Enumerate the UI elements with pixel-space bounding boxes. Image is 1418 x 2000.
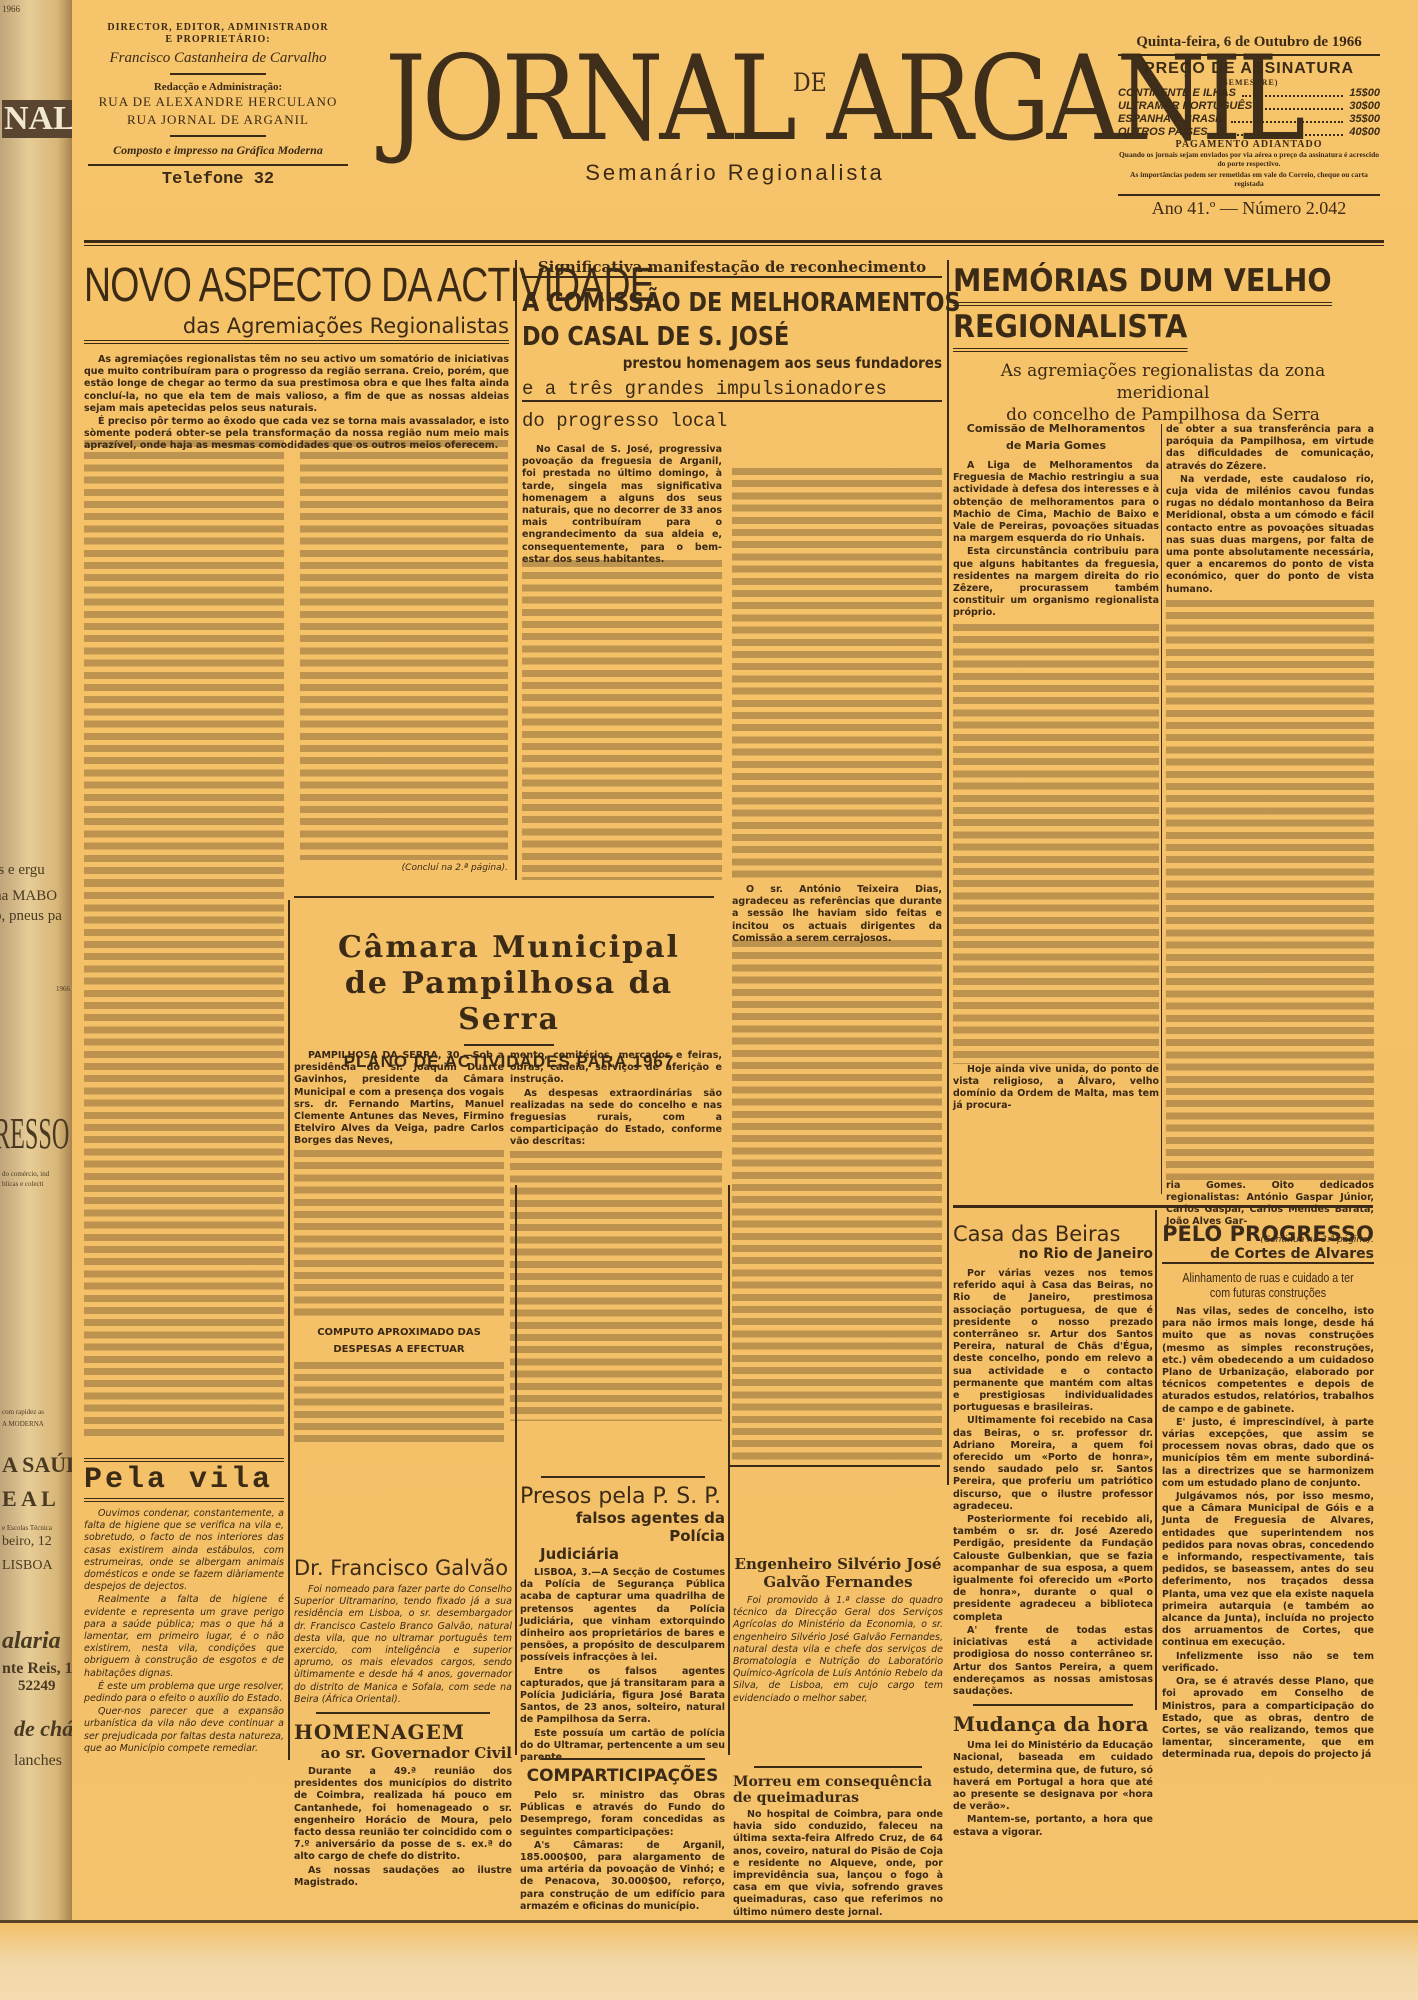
paragraph: As despesas extraordinárias são realizad…	[510, 1088, 722, 1149]
article-galvao: Dr. Francisco Galvão Foi nomeado para fa…	[294, 1556, 512, 1890]
binding-fragment: ma MABO	[0, 888, 57, 905]
price-region: OUTROS PAÍSES	[1118, 126, 1208, 139]
binding-fragment: 52249	[18, 1678, 56, 1695]
deck: do progresso local	[522, 410, 942, 432]
article-pelo-progresso: PELO PROGRESSO de Cortes de Alvares Alin…	[1162, 1222, 1374, 1763]
shipping-note: Quando os jornais sejam enviados por via…	[1118, 150, 1380, 168]
paragraph: As agremiações regionalistas têm no seu …	[84, 354, 509, 415]
paragraph: As nossas saudações ao ilustre Magistrad…	[294, 1865, 512, 1889]
headline: PELO PROGRESSO	[1162, 1222, 1374, 1246]
headline: HOMENAGEM	[294, 1720, 512, 1744]
binding-fragment: 1966	[56, 985, 70, 993]
price-value: 15$00	[1349, 87, 1380, 100]
article-comparticipacoes: COMPARTICIPAÇÕES Pelo sr. ministro das O…	[520, 1752, 725, 1914]
price-row: ESPANHA E BRASIL35$00	[1118, 113, 1380, 126]
paragraph: Quer-nos parecer que a expansão urbaníst…	[84, 1706, 284, 1755]
article-novo-aspecto-col1b	[84, 880, 284, 1440]
article-casa-beiras: Casa das Beiras no Rio de Janeiro Por vá…	[953, 1222, 1153, 1840]
divider	[541, 1476, 705, 1478]
paragraph: A' frente de todas estas iniciativas est…	[953, 1625, 1153, 1698]
remittance-note: As importâncias podem ser remetidas em v…	[1118, 170, 1380, 188]
paragraph: É este um problema que urge resolver, pe…	[84, 1681, 284, 1705]
subheadline: no Rio de Janeiro	[953, 1246, 1153, 1262]
price-region: ULTRAMAR PORTUGUÊS	[1118, 100, 1252, 113]
article-engenheiro: Engenheiro Silvério José Galvão Fernande…	[733, 1555, 943, 1706]
subheadline: de Cortes de Alvares	[1162, 1246, 1374, 1264]
paragraph: Durante a 49.ª reunião dos presidentes d…	[294, 1766, 512, 1864]
paragraph: E' justo, é imprescindível, à parte vári…	[1162, 1417, 1374, 1490]
volume-year: Ano 41.º	[1152, 198, 1216, 218]
article-novo-aspecto-col1	[84, 440, 284, 880]
article-body: de obter a sua transferência para a paró…	[1166, 424, 1374, 596]
headline: Morreu em consequência	[733, 1774, 943, 1790]
paragraph: Foi promovido à 1.ª classe do quadro téc…	[733, 1595, 943, 1705]
price-region: ESPANHA E BRASIL	[1118, 113, 1225, 126]
binding-fragment: alaria	[2, 1628, 61, 1655]
paragraph: Uma lei do Ministério da Educação Nacion…	[953, 1740, 1153, 1813]
subscription-title: PREÇO DE ASSINATURA	[1118, 60, 1380, 78]
address-line: RUA JORNAL DE ARGANIL	[88, 111, 348, 129]
paragraph: Entre os falsos agentes capturados, que …	[520, 1666, 725, 1727]
article-body: As agremiações regionalistas têm no seu …	[84, 354, 509, 453]
paragraph: Esta circunstância contribuiu para que a…	[953, 546, 1159, 619]
price-row: CONTINENTE E ILHAS15$00	[1118, 87, 1380, 100]
article-body: No hospital de Coimbra, para onde havia …	[733, 1809, 943, 1919]
article-comissao-col2b	[732, 940, 942, 1460]
divider	[541, 1758, 705, 1760]
divider	[170, 73, 266, 75]
title-word: JORNAL	[385, 31, 793, 168]
paragraph: Pelo sr. ministro das Obras Públicas e a…	[520, 1790, 725, 1839]
column-rule	[1155, 1210, 1157, 1710]
headline: DO CASAL DE S. JOSÉ	[522, 320, 883, 354]
article-body-end: Hoje ainda vive unida, do ponto de vista…	[953, 1064, 1159, 1113]
article-body: Pelo sr. ministro das Obras Públicas e a…	[520, 1790, 725, 1913]
binding-fragment: do comércio, ind	[2, 1170, 49, 1178]
section-rule	[953, 1205, 1373, 1208]
subheadline: das Agremiações Regionalistas	[84, 314, 509, 344]
newspaper-title: JORNALDEARGANIL	[385, 21, 1085, 164]
binding-fragment: RESSO	[0, 1108, 69, 1159]
article-comissao-col1	[522, 560, 722, 880]
newspaper-nameplate: JORNALDEARGANIL Semanário Regionalista	[385, 30, 1085, 186]
divider	[464, 1044, 554, 1046]
headline: Câmara Municipal	[294, 930, 724, 966]
deck: e a três grandes impulsionadores	[522, 378, 942, 402]
article-novo-aspecto: NOVO ASPECTO DA ACTIVIDADE das Agremiaçõ…	[84, 258, 509, 454]
phone-number: Telefone 32	[88, 164, 348, 189]
article-pela-vila: Pela vila Ouvimos condenar, constantemen…	[84, 1458, 284, 1756]
paragraph: de obter a sua transferência para a paró…	[1166, 424, 1374, 473]
headline: Dr. Francisco Galvão	[294, 1556, 512, 1580]
subheadline: falsos agentes da Polícia	[520, 1509, 725, 1545]
article-novo-aspecto-col2	[300, 440, 508, 860]
column-rule	[728, 1185, 730, 1755]
subheadline: Judiciária	[520, 1545, 725, 1563]
issue-no: Número 2.042	[1242, 198, 1346, 218]
binding-fragment: ntes e ergu	[0, 862, 45, 879]
article-body: Durante a 49.ª reunião dos presidentes d…	[294, 1766, 512, 1889]
staff-label: E PROPRIETÁRIO:	[88, 34, 348, 46]
article-body: Ouvimos condenar, constantemente, a falt…	[84, 1508, 284, 1755]
article-presos: Presos pela P. S. P. falsos agentes da P…	[520, 1470, 725, 1765]
paragraph: Nas vilas, sedes de concelho, isto para …	[1162, 1306, 1374, 1416]
article-body: Uma lei do Ministério da Educação Nacion…	[953, 1740, 1153, 1839]
binding-fragment: A MODERNA	[2, 1420, 44, 1428]
price-value: 40$00	[1349, 126, 1380, 139]
paragraph: Julgávamos nós, por isso mesmo, que a Câ…	[1162, 1491, 1374, 1650]
paragraph: Hoje ainda vive unida, do ponto de vista…	[953, 1064, 1159, 1113]
masthead-subscription-box: Quinta-feira, 6 de Outubro de 1966 PREÇO…	[1118, 34, 1380, 219]
divider	[754, 1766, 922, 1768]
headline: de Pampilhosa da Serra	[294, 966, 724, 1038]
binding-fragment: e Escolas Técnica	[2, 1524, 52, 1532]
paragraph: LISBOA, 3.—A Secção de Costumes da Políc…	[520, 1567, 725, 1665]
binding-fragment: E A L	[2, 1486, 56, 1512]
article-body: A Liga de Melhoramentos da Freguesia de …	[953, 460, 1159, 620]
column-rule	[947, 260, 949, 1485]
paragraph: Foi nomeado para fazer parte do Conselho…	[294, 1584, 512, 1706]
printer-credit: Composto e impresso na Gráfica Moderna	[88, 143, 348, 158]
subheadline: As agremiações regionalistas da zona mer…	[953, 360, 1373, 404]
article-body: Nas vilas, sedes de concelho, isto para …	[1162, 1306, 1374, 1762]
headline: Casa das Beiras	[953, 1222, 1153, 1246]
binding-fragment: com rapidez as	[2, 1408, 44, 1416]
column-rule	[515, 260, 517, 880]
section-heading: Comissão de Melhoramentos	[953, 420, 1159, 437]
paragraph: Infelizmente isso não se tem verificado.	[1162, 1651, 1374, 1675]
payment-terms: PAGAMENTO ADIANTADO	[1118, 139, 1380, 150]
binding-fragment: o, pneus pa	[0, 908, 62, 925]
masthead-staff-box: DIRECTOR, EDITOR, ADMINISTRADOR E PROPRI…	[88, 22, 348, 189]
address-label: Redacção e Administração:	[88, 81, 348, 93]
article-camara-col2: mento, cemitérios, mercados e feiras, ob…	[510, 1050, 722, 1421]
price-value: 35$00	[1349, 113, 1380, 126]
headline: COMPARTICIPAÇÕES	[520, 1766, 725, 1786]
binding-fragment: LISBOA	[2, 1558, 53, 1574]
divider	[973, 1704, 1133, 1706]
paragraph: Ouvimos condenar, constantemente, a falt…	[84, 1508, 284, 1593]
article-memorias-col1: Comissão de Melhoramentos de Maria Gomes…	[953, 420, 1159, 1113]
article-body: Foi nomeado para fazer parte do Conselho…	[294, 1584, 512, 1706]
masthead-rule	[84, 240, 1384, 243]
binding-fragment: NAL	[2, 100, 72, 138]
section-rule	[294, 896, 714, 898]
binding-fragment: de chá	[14, 1716, 72, 1742]
binding-fragment: 1966	[2, 4, 20, 14]
paragraph: No hospital de Coimbra, para onde havia …	[733, 1809, 943, 1919]
paragraph: No Casal de S. José, progressiva povoaçã…	[522, 444, 722, 566]
article-body: No Casal de S. José, progressiva povoaçã…	[522, 444, 722, 566]
separator: —	[1220, 198, 1238, 218]
headline: MEMÓRIAS DUM VELHO	[953, 260, 1332, 306]
price-region: CONTINENTE E ILHAS	[1118, 87, 1236, 100]
subscription-period: (SEMESTRE)	[1118, 78, 1380, 87]
binding-fragment: lanches	[14, 1752, 62, 1770]
paragraph: Ultimamente foi recebido na Casa das Bei…	[953, 1415, 1153, 1513]
binding-fragment: beiro, 12	[2, 1534, 52, 1550]
paragraph: Posteriormente foi recebido ali, também …	[953, 1514, 1153, 1624]
article-body: Foi promovido à 1.ª classe do quadro téc…	[733, 1595, 943, 1705]
subheadline: prestou homenagem aos seus fundadores	[564, 354, 942, 372]
headline: Engenheiro Silvério José	[733, 1555, 943, 1573]
article-memorias: MEMÓRIAS DUM VELHO REGIONALISTA As agrem…	[953, 260, 1373, 426]
article-body: Por várias vezes nos temos referido aqui…	[953, 1268, 1153, 1698]
article-comissao-col2	[732, 468, 942, 878]
issue-date: Quinta-feira, 6 de Outubro de 1966	[1118, 34, 1380, 56]
headline: de queimaduras	[733, 1790, 943, 1806]
owner-name: Francisco Castanheira de Carvalho	[88, 50, 348, 67]
paragraph: Realmente a falta de higiene é evidente …	[84, 1594, 284, 1679]
section-heading: de Maria Gomes	[953, 437, 1159, 454]
masthead-rule	[84, 245, 1384, 246]
deck: Alinhamento de ruas e cuidado a ter	[1181, 1270, 1355, 1285]
continued-note: (Concluí na 2.ª página).	[300, 863, 508, 873]
column-rule	[288, 900, 290, 1760]
price-value: 30$00	[1349, 100, 1380, 113]
headline: A COMISSÃO DE MELHORAMENTOS	[522, 286, 883, 320]
binding-fragment: A SAÚDE	[2, 1452, 72, 1478]
address-line: RUA DE ALEXANDRE HERCULANO	[88, 93, 348, 111]
deck: com futuras construções	[1181, 1285, 1355, 1300]
article-body: LISBOA, 3.—A Secção de Costumes da Políc…	[520, 1567, 725, 1764]
paragraph: O sr. António Teixeira Dias, agradeceu a…	[732, 884, 942, 945]
page-bottom-edge	[0, 1920, 1418, 2000]
article-morreu: Morreu em consequência de queimaduras No…	[733, 1760, 943, 1920]
paragraph: mento, cemitérios, mercados e feiras, ob…	[510, 1050, 722, 1087]
binding-fragment: nte Reis, 14	[2, 1660, 72, 1678]
staff-label: DIRECTOR, EDITOR, ADMINISTRADOR	[88, 22, 348, 34]
price-row: OUTROS PAÍSES40$00	[1118, 126, 1380, 139]
kicker: Significativa manifestação de reconhecim…	[522, 258, 942, 278]
price-row: ULTRAMAR PORTUGUÊS30$00	[1118, 100, 1380, 113]
divider	[170, 135, 266, 137]
paragraph: A's Câmaras: de Arganil, 185.000$00, par…	[520, 1840, 725, 1913]
paragraph: Por várias vezes nos temos referido aqui…	[953, 1268, 1153, 1414]
article-comissao-note: O sr. António Teixeira Dias, agradeceu a…	[732, 884, 942, 946]
headline: REGIONALISTA	[953, 306, 1187, 352]
issue-number: Ano 41.º — Número 2.042	[1118, 194, 1380, 219]
paragraph: Na verdade, este caudaloso rio, cuja vid…	[1166, 474, 1374, 596]
binding-strip: 1966 NAL ntes e ergu ma MABO o, pneus pa…	[0, 0, 72, 2000]
divider	[316, 1712, 490, 1714]
headline: Galvão Fernandes	[733, 1573, 943, 1591]
paragraph: Ora, se é através desse Plano, que foi a…	[1162, 1676, 1374, 1761]
paragraph: A Liga de Melhoramentos da Freguesia de …	[953, 460, 1159, 545]
headline: Pela vila	[84, 1458, 284, 1502]
subheadline: ao sr. Governador Civil	[294, 1744, 512, 1762]
column-rule	[1161, 424, 1162, 1194]
article-memorias-col2: de obter a sua transferência para a paró…	[1166, 424, 1374, 1245]
paragraph: PAMPILHOSA DA SERRA, 30.—Sob a presidênc…	[294, 1050, 504, 1148]
headline: Presos pela P. S. P.	[520, 1484, 725, 1509]
title-de: DE	[793, 69, 827, 98]
section-heading: COMPUTO APROXIMADO DAS DESPESAS A EFECTU…	[294, 1324, 504, 1358]
headline: NOVO ASPECTO DA ACTIVIDADE	[84, 258, 416, 314]
binding-fragment: blicas e colecti	[2, 1180, 44, 1188]
divider	[728, 1465, 940, 1467]
paragraph: Mantem-se, portanto, a hora que estava a…	[953, 1814, 1153, 1838]
article-camara-col1: PAMPILHOSA DA SERRA, 30.—Sob a presidênc…	[294, 1050, 504, 1442]
headline: Mudança da hora	[953, 1712, 1153, 1736]
